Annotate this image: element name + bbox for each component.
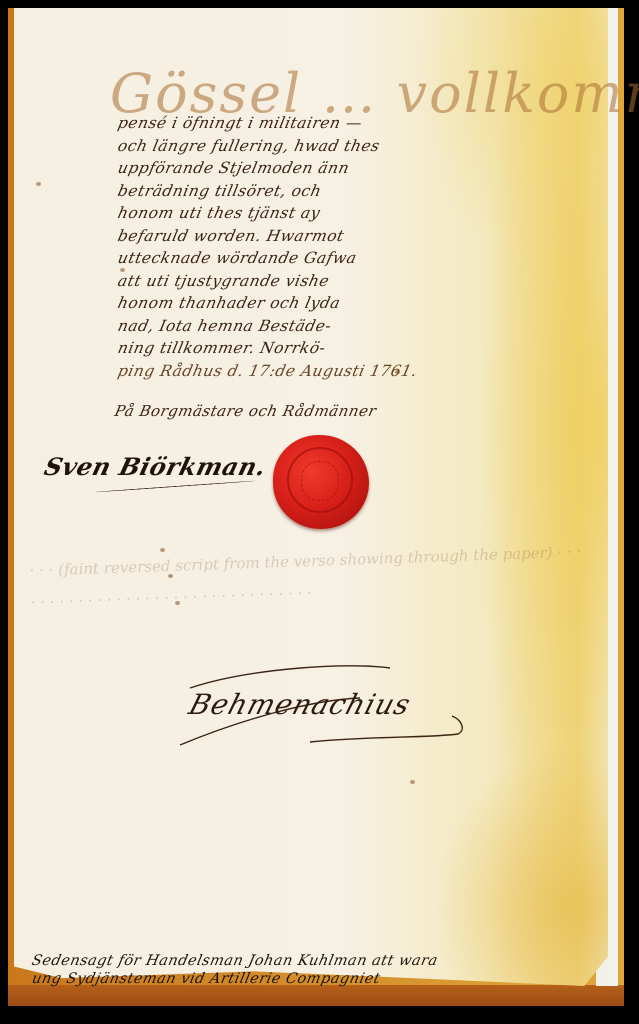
body-line-3: uppförande Stjelmoden änn	[116, 157, 591, 180]
body-line-9: honom thanhader och lyda	[116, 292, 591, 315]
seal-emblem	[301, 461, 339, 501]
wooden-table-edge	[8, 985, 624, 1006]
ink-spot	[410, 780, 415, 784]
signature-behmenachius: Behmenachius	[185, 688, 415, 721]
body-line-2: och längre fullering, hwad thes	[116, 135, 591, 158]
docket-line-2: ung Sydjänsteman vid Artillerie Compagni…	[26, 970, 436, 988]
body-line-10: nad, Iota hemna Bestäde-	[116, 315, 591, 338]
body-line-6: befaruld worden. Hwarmot	[116, 225, 591, 248]
ink-spot	[168, 574, 173, 578]
signature-sven-biorkman: Sven Biörkman.	[41, 452, 269, 481]
ink-spot	[175, 601, 180, 605]
ink-spot	[36, 182, 41, 186]
docket-line-1: Sedensagt för Handelsman Johan Kuhlman a…	[30, 952, 440, 970]
body-line-4: beträdning tillsöret, och	[116, 180, 591, 203]
body-line-1: pensé i öfningt i militairen —	[116, 112, 591, 135]
body-line-12-date: ping Rådhus d. 17:de Augusti 1761.	[116, 360, 591, 383]
body-line-5: honom uti thes tjänst ay	[116, 202, 591, 225]
addressee-line: På Borgmästare och Rådmänner	[113, 402, 378, 420]
docket-note: Sedensagt för Handelsman Johan Kuhlman a…	[26, 952, 439, 988]
body-line-8: att uti tjustygrande vishe	[116, 270, 591, 293]
ink-spot	[160, 548, 165, 552]
letter-body: pensé i öfningt i militairen — och längr…	[118, 112, 588, 382]
body-line-11: ning tillkommer. Norrkö-	[116, 337, 591, 360]
body-line-7: uttecknade wördande Gafwa	[116, 247, 591, 270]
red-wax-seal-icon	[273, 435, 369, 529]
